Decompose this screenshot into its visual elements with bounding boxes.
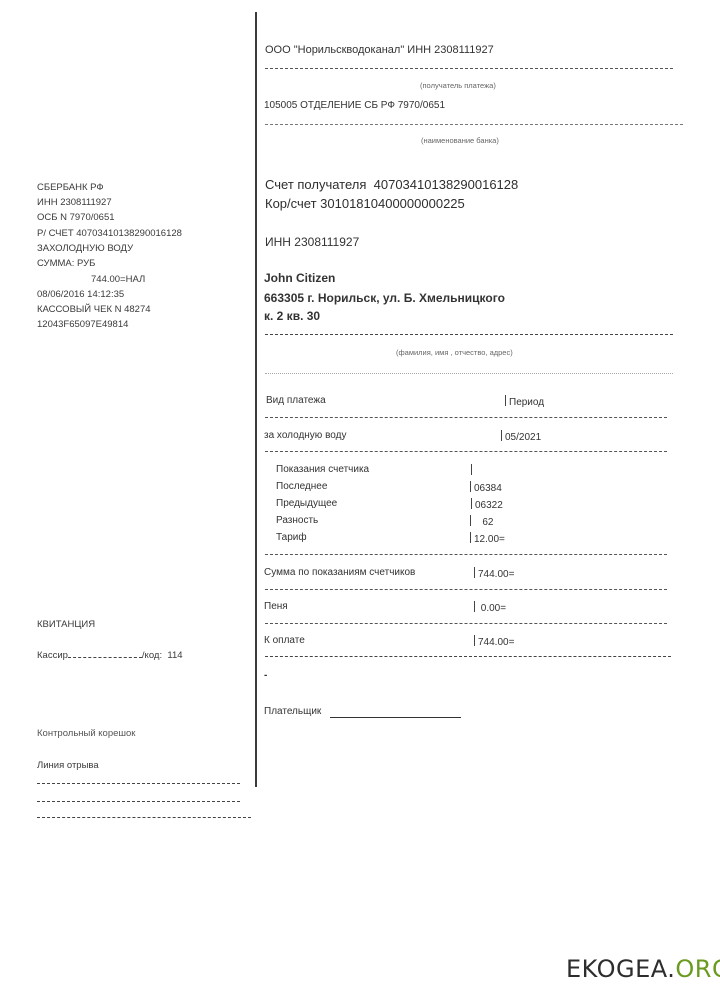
meter-readings-title: Показания счетчика [276, 464, 369, 475]
column-divider [471, 464, 472, 475]
column-divider [470, 532, 471, 543]
to-pay-value: 744.00= [478, 637, 514, 648]
stub-sum-value: 744.00=НАЛ [91, 272, 145, 288]
separator [265, 124, 683, 125]
tariff-value: 12.00= [474, 534, 505, 545]
recipient-caption: (получатель платежа) [420, 81, 496, 90]
meter-last-label: Последнее [276, 481, 327, 492]
separator [265, 623, 667, 624]
ekogea-logo: EKOGEA.ORG [566, 955, 720, 983]
stub-osb: ОСБ N 7970/0651 [37, 210, 115, 226]
column-divider [501, 430, 502, 441]
cut-divider-line [255, 12, 257, 787]
stub-purpose: ЗАХОЛОДНУЮ ВОДУ [37, 241, 133, 257]
service-period-cell: 05/2021 [501, 430, 541, 443]
separator [265, 68, 673, 69]
dotted-separator [265, 373, 673, 374]
code-value: 114 [167, 650, 182, 661]
separator [265, 417, 667, 418]
payer-address-line-1: 663305 г. Норильск, ул. Б. Хмельницкого [264, 291, 505, 305]
receipt-title: КВИТАНЦИЯ [37, 617, 95, 633]
penalty-value: 0.00= [478, 603, 506, 614]
meter-difference-cell: 62 [470, 515, 493, 528]
period-header: Период [509, 397, 544, 408]
stub-inn: ИНН 2308111927 [37, 195, 112, 211]
sum-by-meters-cell: 744.00= [474, 567, 514, 580]
meter-previous-value: 06322 [475, 500, 503, 511]
cashier-label: Кассир [37, 650, 68, 661]
logo-text-green: ORG [675, 955, 720, 983]
to-pay-cell: 744.00= [474, 635, 514, 648]
tear-line-2 [37, 801, 240, 802]
tear-line-label: Линия отрыва [37, 758, 99, 774]
payer-address-line-2: к. 2 кв. 30 [264, 309, 320, 323]
separator [265, 334, 673, 335]
bank-name: 105005 ОТДЕЛЕНИЕ СБ РФ 7970/0651 [264, 100, 445, 111]
meter-last-value: 06384 [474, 483, 502, 494]
stub-account: Р/ СЧЕТ 40703410138290016128 [37, 226, 182, 242]
tariff-label: Тариф [276, 532, 307, 543]
payment-type-header: Вид платежа [266, 395, 326, 406]
code-label: /код: [142, 650, 162, 661]
penalty-label: Пеня [264, 601, 288, 612]
tear-line-3 [37, 817, 251, 818]
payer-signature-label: Плательщик [264, 706, 321, 717]
meter-previous-cell: 06322 [471, 498, 503, 511]
bank-caption: (наименование банка) [421, 136, 499, 145]
separator [265, 554, 667, 555]
stub-datetime: 08/06/2016 14:12:35 [37, 287, 124, 303]
cashier-signature-field [68, 648, 142, 658]
column-divider [474, 567, 475, 578]
meter-difference-value: 62 [474, 517, 493, 528]
separator [265, 451, 667, 452]
payer-caption: (фамилия, имя , отчество, адрес) [396, 348, 513, 357]
control-stub-label: Контрольный корешок [37, 726, 135, 742]
stub-check-code: 12043F65097E49814 [37, 317, 128, 333]
logo-text-dark: EKOGEA. [566, 955, 675, 983]
corr-value: 30101810400000000225 [320, 196, 465, 211]
service-type: за холодную воду [264, 430, 346, 441]
sum-by-meters-value: 744.00= [478, 569, 514, 580]
separator [265, 656, 671, 657]
penalty-cell: 0.00= [474, 601, 506, 614]
recipient-account: Счет получателя 40703410138290016128 [265, 177, 518, 192]
cashier-line: Кассир/код: 114 [37, 648, 183, 664]
separator [265, 589, 667, 590]
sum-by-meters-label: Сумма по показаниям счетчиков [264, 567, 415, 578]
stub-sum-label: СУММА: РУБ [37, 256, 95, 272]
stub-check-number: КАССОВЫЙ ЧЕК N 48274 [37, 302, 151, 318]
meter-difference-label: Разность [276, 515, 318, 526]
period-header-cell: Период [505, 395, 544, 408]
correspondent-account: Кор/счет 30101810400000000225 [265, 196, 465, 211]
account-label: Счет получателя [265, 177, 366, 192]
to-pay-label: К оплате [264, 635, 305, 646]
stub-bank-name: СБЕРБАНК РФ [37, 180, 104, 196]
column-divider [474, 601, 475, 612]
recipient-inn: ИНН 2308111927 [265, 235, 359, 249]
meter-title-divider [471, 464, 475, 477]
tariff-cell: 12.00= [470, 532, 505, 545]
dash-mark: - [264, 670, 267, 681]
tear-line-1 [37, 783, 240, 784]
corr-label: Кор/счет [265, 196, 317, 211]
column-divider [474, 635, 475, 646]
recipient-name: ООО "Норильскводоканал" ИНН 2308111927 [265, 44, 494, 56]
column-divider [470, 481, 471, 492]
payer-signature-line [330, 717, 461, 718]
account-value: 40703410138290016128 [374, 177, 519, 192]
column-divider [470, 515, 471, 526]
column-divider [471, 498, 472, 509]
meter-previous-label: Предыдущее [276, 498, 337, 509]
payer-name: John Citizen [264, 271, 335, 285]
meter-last-cell: 06384 [470, 481, 502, 494]
column-divider [505, 395, 506, 406]
service-period: 05/2021 [505, 432, 541, 443]
